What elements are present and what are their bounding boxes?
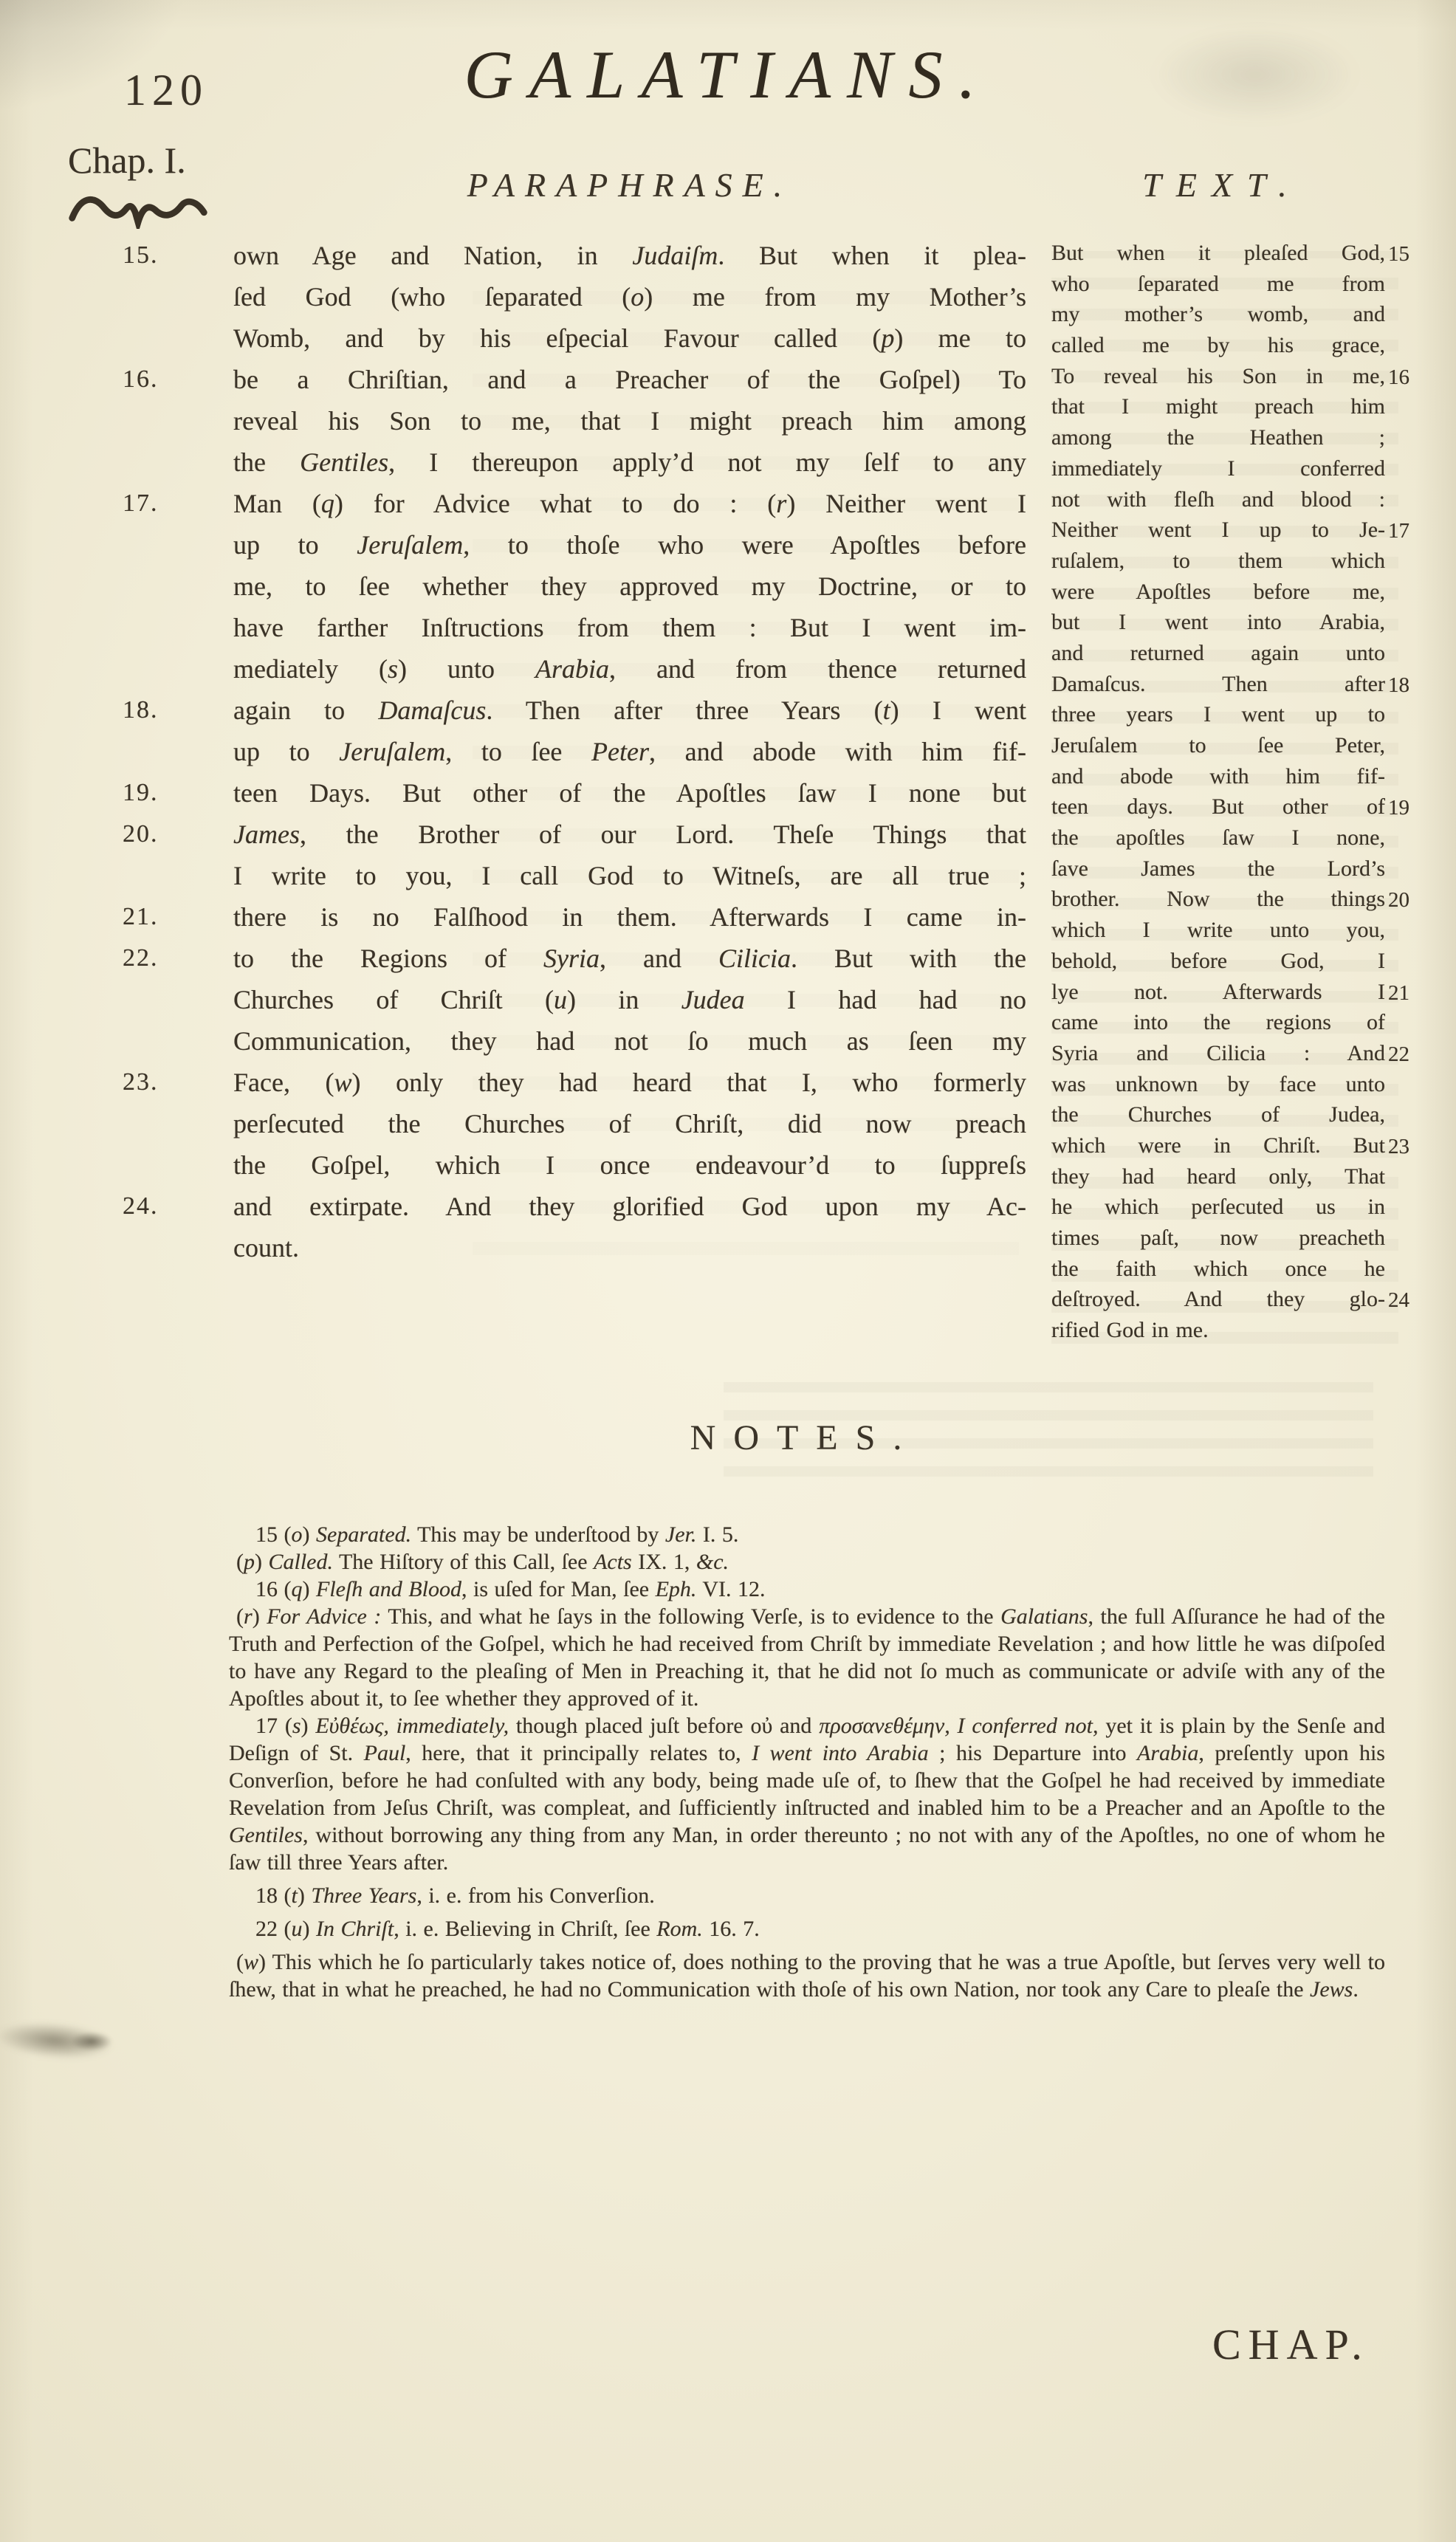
text-line: my mother’s womb, and — [1051, 299, 1385, 330]
text-verse-number: 19 — [1388, 793, 1431, 824]
text-line: Jeruſalem to ſee Peter, — [1051, 730, 1385, 761]
paraphrase-verse-number: 15. — [123, 235, 171, 276]
text-line: ruſalem, to them which — [1051, 546, 1385, 577]
text-verse-number: 24 — [1388, 1285, 1431, 1316]
text-line: and returned again unto — [1051, 638, 1385, 669]
catchword: CHAP. — [1212, 2320, 1370, 2369]
text-verse-number: 15 — [1388, 239, 1431, 270]
paraphrase-line: reveal his Son to me, that I might preac… — [233, 400, 1026, 442]
text-line: the Churches of Judea, — [1051, 1099, 1385, 1130]
text-line: that I might preach him — [1051, 391, 1385, 422]
text-line: they had heard only, That — [1051, 1161, 1385, 1192]
paraphrase-line: I write to you, I call God to Witneſs, a… — [233, 855, 1026, 896]
book-page: 120 GALATIANS. Chap. I. PARAPHRASE. TEXT… — [0, 0, 1456, 2542]
paraphrase-verse-number: 17. — [123, 483, 171, 524]
text-line: which were in Chriſt. But23 — [1051, 1130, 1385, 1161]
text-line: the apoſtles ſaw I none, — [1051, 822, 1385, 853]
text-line: behold, before God, I — [1051, 946, 1385, 977]
text-line: but I went into Arabia, — [1051, 607, 1385, 638]
note-paragraph: 22 (u) In Chriſt, i. e. Believing in Chr… — [229, 1915, 1385, 1942]
paraphrase-line: and extirpate. And they glorified God up… — [233, 1186, 1026, 1227]
notes-body: 15 (o) Separated. This may be underſtood… — [229, 1521, 1385, 2003]
page-title: GALATIANS. — [0, 35, 1456, 114]
paraphrase-verse-number: 22. — [123, 938, 171, 979]
text-line: teen days. But other of19 — [1051, 791, 1385, 822]
paraphrase-line: Womb, and by his eſpecial Favour called … — [233, 317, 1026, 359]
note-paragraph: 15 (o) Separated. This may be underſtood… — [229, 1521, 1385, 1548]
paraphrase-header: PARAPHRASE. — [233, 165, 1026, 205]
paraphrase-line: there is no Falſhood in them. Afterwards… — [233, 896, 1026, 938]
text-line: To reveal his Son in me,16 — [1051, 361, 1385, 392]
text-verse-number: 20 — [1388, 885, 1431, 916]
text-line: among the Heathen ; — [1051, 422, 1385, 453]
paraphrase-line: ſed God (who ſeparated (o) me from my Mo… — [233, 276, 1026, 317]
text-line: came into the regions of — [1051, 1007, 1385, 1038]
paraphrase-line: have farther Inſtructions from them : Bu… — [233, 607, 1026, 648]
text-line: Damaſcus. Then after18 — [1051, 669, 1385, 700]
text-line: which I write unto you, — [1051, 915, 1385, 946]
text-line: called me by his grace, — [1051, 330, 1385, 361]
text-line: Syria and Cilicia : And22 — [1051, 1038, 1385, 1069]
notes-header: NOTES. — [229, 1418, 1381, 1458]
text-line: But when it pleaſed God,15 — [1051, 238, 1385, 269]
paraphrase-verse-number: 24. — [123, 1186, 171, 1227]
note-paragraph: (w) This which he ſo particularly takes … — [229, 1948, 1385, 2003]
text-verse-number: 18 — [1388, 670, 1431, 701]
text-verse-number: 22 — [1388, 1040, 1431, 1071]
chapter-label: Chap. I. — [68, 139, 186, 182]
paraphrase-line: the Goſpel, which I once endeavour’d to … — [233, 1144, 1026, 1186]
ink-smudge — [0, 2018, 115, 2064]
text-verse-number: 17 — [1388, 516, 1431, 547]
paraphrase-verse-number: 18. — [123, 690, 171, 731]
paraphrase-line: up to Jeruſalem, to ſee Peter, and abode… — [233, 731, 1026, 772]
paraphrase-line: count. — [233, 1227, 1026, 1268]
text-verse-number: 16 — [1388, 363, 1431, 394]
text-line: who ſeparated me from — [1051, 269, 1385, 300]
paraphrase-line: own Age and Nation, in Judaiſm. But when… — [233, 235, 1026, 276]
paraphrase-line: me, to ſee whether they approved my Doct… — [233, 566, 1026, 607]
text-verse-number: 23 — [1388, 1132, 1431, 1163]
note-paragraph: 17 (s) Εὐθέως, immediately, though place… — [229, 1712, 1385, 1876]
text-line: not with fleſh and blood : — [1051, 484, 1385, 515]
paraphrase-verse-number: 16. — [123, 359, 171, 400]
text-line: Neither went I up to Je-17 — [1051, 515, 1385, 546]
text-line: the faith which once he — [1051, 1254, 1385, 1285]
text-line: deſtroyed. And they glo-24 — [1051, 1284, 1385, 1315]
text-line: brother. Now the things20 — [1051, 884, 1385, 915]
paraphrase-verse-number: 21. — [123, 896, 171, 938]
note-paragraph: (r) For Advice : This, and what he ſays … — [229, 1603, 1385, 1712]
paraphrase-line: Churches of Chriſt (u) in Judea I had ha… — [233, 979, 1026, 1020]
text-line: immediately I conferred — [1051, 453, 1385, 484]
paraphrase-line: up to Jeruſalem, to thoſe who were Apoſt… — [233, 524, 1026, 566]
paraphrase-line: be a Chriſtian, and a Preacher of the Go… — [233, 359, 1026, 400]
paraphrase-verse-number: 23. — [123, 1062, 171, 1103]
note-paragraph: 16 (q) Fleſh and Blood, is uſed for Man,… — [229, 1576, 1385, 1603]
note-paragraph: 18 (t) Three Years, i. e. from his Conve… — [229, 1882, 1385, 1909]
text-line: rified God in me. — [1051, 1315, 1385, 1346]
text-line: were Apoſtles before me, — [1051, 577, 1385, 608]
paraphrase-line: James, the Brother of our Lord. Theſe Th… — [233, 814, 1026, 855]
text-line: was unknown by face unto — [1051, 1069, 1385, 1100]
text-line: he which perſecuted us in — [1051, 1192, 1385, 1223]
text-column: But when it pleaſed God,15who ſeparated … — [1051, 238, 1385, 1346]
text-line: ſave James the Lord’s — [1051, 853, 1385, 884]
text-line: and abode with him fif- — [1051, 761, 1385, 792]
ink-smudge-dark — [71, 2032, 112, 2051]
paraphrase-line: perſecuted the Churches of Chriſt, did n… — [233, 1103, 1026, 1144]
text-line: times paſt, now preacheth — [1051, 1223, 1385, 1254]
text-line: lye not. Afterwards I21 — [1051, 977, 1385, 1008]
text-line: three years I went up to — [1051, 699, 1385, 730]
paraphrase-line: Man (q) for Advice what to do : (r) Neit… — [233, 483, 1026, 524]
paraphrase-line: again to Damaſcus. Then after three Year… — [233, 690, 1026, 731]
paraphrase-line: to the Regions of Syria, and Cilicia. Bu… — [233, 938, 1026, 979]
paraphrase-column: own Age and Nation, in Judaiſm. But when… — [233, 235, 1026, 1268]
text-verse-number: 21 — [1388, 978, 1431, 1009]
paraphrase-verse-number: 19. — [123, 772, 171, 814]
paraphrase-line: mediately (s) unto Arabia, and from then… — [233, 648, 1026, 690]
paraphrase-line: the Gentiles, I thereupon apply’d not my… — [233, 442, 1026, 483]
chapter-flourish-icon — [68, 190, 208, 229]
paraphrase-line: Communication, they had not ſo much as ſ… — [233, 1020, 1026, 1062]
note-paragraph: (p) Called. The Hiſtory of this Call, ſe… — [229, 1548, 1385, 1576]
paraphrase-line: teen Days. But other of the Apoſtles ſaw… — [233, 772, 1026, 814]
paraphrase-verse-number: 20. — [123, 814, 171, 855]
text-header: TEXT. — [1048, 165, 1395, 205]
paraphrase-line: Face, (w) only they had heard that I, wh… — [233, 1062, 1026, 1103]
